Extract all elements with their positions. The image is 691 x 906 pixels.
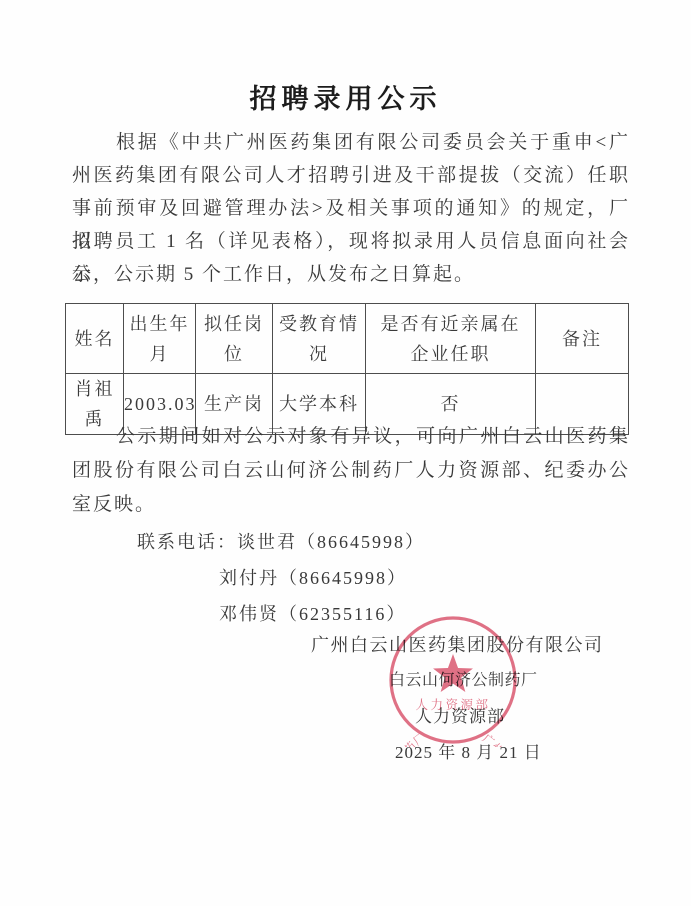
contact-entry: 邓伟贤（62355116） — [219, 604, 406, 624]
paragraph-line: 示，公示期 5 个工作日，从发布之日算起。 — [72, 258, 630, 291]
contact-block: 联系电话：谈世君（86645998） 刘付丹（86645998） 邓伟贤（623… — [137, 524, 425, 632]
header-birthdate: 出生年月 — [124, 304, 196, 374]
signature-department: 人力资源部 — [415, 706, 505, 728]
header-relatives: 是否有近亲属在 企业任职 — [366, 304, 536, 374]
page-title: 招聘录用公示 — [0, 84, 691, 114]
paragraph-line: 团股份有限公司白云山何济公制药厂人力资源部、纪委办公 — [72, 454, 630, 488]
header-remarks: 备注 — [536, 304, 629, 374]
header-name: 姓名 — [66, 304, 124, 374]
header-position: 拟任岗位 — [196, 304, 273, 374]
paragraph-line: 公示期间如对公示对象有异议，可向广州白云山医药集 — [72, 420, 630, 454]
contact-line: 联系电话：谈世君（86645998） — [137, 524, 425, 560]
paragraph-line: 室反映。 — [72, 488, 630, 522]
signature-date: 2025 年 8 月 21 日 — [395, 742, 542, 764]
objection-paragraph: 公示期间如对公示对象有异议，可向广州白云山医药集 团股份有限公司白云山何济公制药… — [72, 420, 630, 522]
intro-paragraph: 根据《中共广州医药集团有限公司委员会关于重申<广 州医药集团有限公司人才招聘引进… — [72, 126, 630, 291]
contact-label: 联系电话： — [137, 532, 237, 552]
contact-line: 邓伟贤（62355116） — [219, 596, 425, 632]
paragraph-line: 事前预审及回避管理办法>及相关事项的通知》的规定，厂拟 — [72, 192, 630, 225]
contact-line: 刘付丹（86645998） — [219, 560, 425, 596]
document-page: 招聘录用公示 根据《中共广州医药集团有限公司委员会关于重申<广 州医药集团有限公… — [0, 0, 691, 906]
contact-entry: 刘付丹（86645998） — [219, 568, 407, 588]
header-education: 受教育情况 — [273, 304, 366, 374]
paragraph-line: 招聘员工 1 名（详见表格），现将拟录用人员信息面向社会公 — [72, 225, 630, 258]
paragraph-line: 根据《中共广州医药集团有限公司委员会关于重申<广 — [72, 126, 630, 159]
paragraph-line: 州医药集团有限公司人才招聘引进及干部提拔（交流）任职 — [72, 159, 630, 192]
contact-entry: 谈世君（86645998） — [237, 532, 425, 552]
candidate-info-table: 姓名 出生年月 拟任岗位 受教育情况 是否有近亲属在 企业任职 备注 肖祖禹 2… — [65, 303, 629, 435]
signature-factory: 白云山何济公制药厂 — [389, 670, 538, 692]
signature-company: 广州白云山医药集团股份有限公司 — [311, 634, 604, 656]
table-header-row: 姓名 出生年月 拟任岗位 受教育情况 是否有近亲属在 企业任职 备注 — [66, 304, 629, 374]
